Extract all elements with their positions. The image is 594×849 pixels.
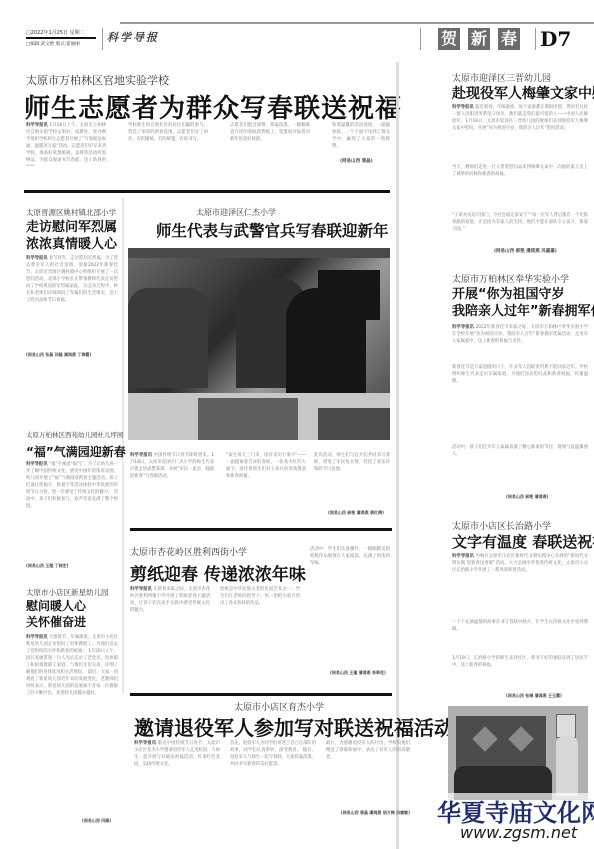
article-headline: 邀请退役军人参加写对联送祝福活动 — [134, 712, 454, 741]
article-body: 志愿者们饱含深情，挥毫泼墨，一幅幅寓意吉祥的春联跃然纸上，笔墨间洋溢着对新年的美… — [230, 122, 310, 166]
article-headline: “福”气满园迎新春 — [26, 443, 126, 460]
photo-calligraphy-soldiers — [128, 248, 390, 440]
article-body: 科学导报讯 “福”字寓意“福气”，为了让幼儿进一步了解中国传统文化，感受中国年的… — [26, 461, 118, 549]
newspaper-logo: 科学导报 — [107, 29, 159, 45]
article-byline: (网易山西 郝艳 潘鸿燕 冯嘉嘉) — [494, 248, 557, 254]
article-kicker: 太原市万柏林区官地实验学校 — [26, 72, 169, 88]
lead-tag: 科学导报讯 — [26, 123, 48, 128]
article-body: 此次活动，师生们与官兵们共同书写春联，增进了军民鱼水情，营造了欢乐祥和的节日氛围… — [314, 452, 390, 508]
section-divider — [130, 528, 392, 531]
article-body: 科学导报讯 临近中国传统节日春节，太原市小店区育杰小学邀请退役军人走进校园，与师… — [134, 740, 220, 824]
section-divider — [130, 693, 392, 696]
section-divider — [24, 190, 390, 193]
date-underline — [26, 37, 96, 39]
article-body: 科学导报讯 临近新春，年味渐浓，每个家庭都在期盼团圆。然而有这样一群人因职责所系… — [452, 104, 588, 164]
article-kicker: 太原市万柏林区奉华实验小学 — [452, 272, 569, 285]
article-body: 科学导报讯 大寒时节，年味渐浓。太原市小店区新星幼儿园走访慰问了退休教职工，为他… — [26, 634, 118, 814]
issue-date: □2022年1月25日 星期二 — [26, 29, 85, 36]
masthead-divider — [420, 28, 421, 50]
article-body: 剪纸是中华民族古老的民间艺术之一，学生们在老师的指导下，用一把把小剪刀剪出了各式… — [220, 586, 300, 686]
article-kicker: 太原晋源区姚村镇北邵小学 — [26, 207, 116, 218]
article-headline: 剪纸迎春 传递浓浓年味 — [130, 560, 306, 585]
article-body: 学校师生和官地社区的居民们踊跃参与，营造了浓厚的新春氛围。志愿者们分工协作，有的… — [128, 122, 208, 166]
article-headline: 师生代表与武警官兵写春联迎新年 — [156, 219, 389, 241]
article-body: 科学导报讯 2022年新春佳节来临之际，太原市万柏林区奉华实验小学在全校开展“你… — [452, 324, 588, 364]
article-headline: 赴现役军人梅肇文家中慰问 — [452, 83, 594, 103]
article-headline: 师生志愿者为群众写春联送祝福 — [24, 88, 402, 125]
editor-credits: □编辑:武文艳 版式:霍丽丽 — [26, 41, 80, 47]
article-kicker: 太原万柏林区西苑幼儿园杜儿坪园 — [26, 430, 124, 439]
article-body: 一个个充满温情的故事在书写春联中展开，让学生在传统文化中受到熏陶。 — [452, 619, 588, 653]
lead-tag: 科学导报讯 — [26, 462, 48, 467]
section-tag-char: 春 — [498, 28, 520, 50]
article-body: 科学导报讯 为响应太原市小店区新时代文明实践中心开展的“新时代文明实践 迎新春送… — [452, 553, 588, 617]
lead-tag: 科学导报讯 — [130, 453, 152, 458]
article-body: 最后，为感谢退役军人的付出，学校向他们赠送了春联和福字，表达了对军人的崇高敬意。 — [326, 740, 410, 810]
article-byline: (网易山西 王越 丁晓宏) — [26, 563, 68, 569]
lead-tag: 科学导报讯 — [130, 587, 152, 592]
article-body: 科学导报讯 1月18日上午，太原市万柏林区官地实验学校文明办、成教处、党办携手组… — [26, 122, 106, 166]
article-body: 活动中，学生们认真操作，一幅幅精美的剪纸作品展现在大家面前，充满了浓浓的年味。 — [310, 546, 390, 664]
page-number: D7 — [540, 27, 571, 51]
section-tag-char: 新 — [468, 28, 490, 50]
lead-tag: 科学导报讯 — [452, 554, 474, 559]
article-body: 新春佳节是万家团圆的日子，许多军人因职责所系不能回家过年。学校组织师生代表走访军… — [452, 364, 588, 444]
masthead-divider — [535, 28, 536, 50]
article-body: 首先，退役军人为同学们讲述了自己在部队的故事，同学们认真聆听，深受教育。 随后，… — [230, 740, 316, 824]
article-headline: 开展“你为祖国守岁 我陪亲人过年”新春拥军优属活动 — [452, 286, 594, 320]
article-body: 科学导报讯 春节将至，走访慰问军烈属，为了营造尊崇军人的社会氛围，迎接2022年… — [26, 255, 118, 343]
photo-students-with-veteran — [448, 706, 588, 800]
article-body: “家生每天三门来，国有戎功万事兴”——一副副寓意吉祥的春联，一张张火红的大福字，… — [226, 452, 306, 518]
article-body: 当天，教师们走进一行人带着慰问品来到梅肇文家中，向他的家人送上了诚挚的问候和新春… — [452, 164, 588, 212]
lead-tag: 科学导报讯 — [26, 635, 48, 640]
watermark-url: www.zgsm.net — [460, 823, 577, 842]
lead-tag: 科学导报讯 — [452, 105, 474, 110]
masthead-top-rule — [120, 22, 594, 24]
lead-tag: 科学导报讯 — [134, 741, 156, 746]
article-body: 活动中，孩子们还为军人家属表演了精心准备的节目，现场气氛温馨感人。 — [452, 444, 588, 494]
article-byline: (网易山西 郝艳 潘鸿燕 裴红梅) — [328, 510, 384, 516]
article-byline: (网易山西 闫璐) — [82, 818, 111, 824]
article-byline: (网易山西 张晶 闫磊 潘鸿燕 丁海霞) — [26, 352, 91, 358]
article-byline: (网易山西 郝艳 潘鸿燕) — [506, 494, 548, 500]
article-byline: (网易山西 裴晶 潘鸿燕 胡万梅 冯婕敏) — [340, 810, 410, 816]
article-headline: 文字有温度 春联送祝福 — [452, 531, 594, 552]
article-byline: (网易山西 王瑾 潘鸿燕 李翠花) — [330, 670, 386, 676]
article-kicker: 太原市迎泽区仁杰小学 — [196, 207, 276, 218]
article-kicker: 太原市小店区新星幼儿园 — [26, 587, 109, 598]
article-body: 科学导报讯 中国传统节日春节即将到来。1月18日，太原市迎泽区仁杰小学的师生代表… — [130, 452, 214, 518]
article-kicker: 太原市杏花岭区胜利西街小学 — [130, 545, 247, 558]
article-byline: (网易山西 张琳 潘鸿燕 王玉霞) — [506, 693, 562, 699]
article-body: 1月19日，长治路小学的师生来到社区，将书写好的春联送到了居民手中，送上新春的祝… — [452, 655, 588, 691]
lead-tag: 科学导报讯 — [26, 256, 48, 261]
article-body: “子弟兵戍边守国门，今社会稳定家安宁”“每一位军人背后都有一个无私奉献的家庭，正… — [452, 212, 588, 248]
masthead-divider — [102, 28, 103, 50]
article-headline: 慰问暖人心 关怀催奋进 — [26, 598, 86, 630]
article-byline: (网易山西 裴晶) — [340, 158, 373, 164]
article-body: 科学导报讯 在新春来临之际，太原市杏花岭区胜利西街小学开展了剪纸迎春主题活动，让… — [130, 586, 210, 686]
article-headline: 走访慰问军烈属 浓浓真情暖人心 — [26, 219, 117, 253]
section-tag-char: 贺 — [438, 28, 460, 50]
lead-tag: 科学导报讯 — [452, 325, 474, 330]
